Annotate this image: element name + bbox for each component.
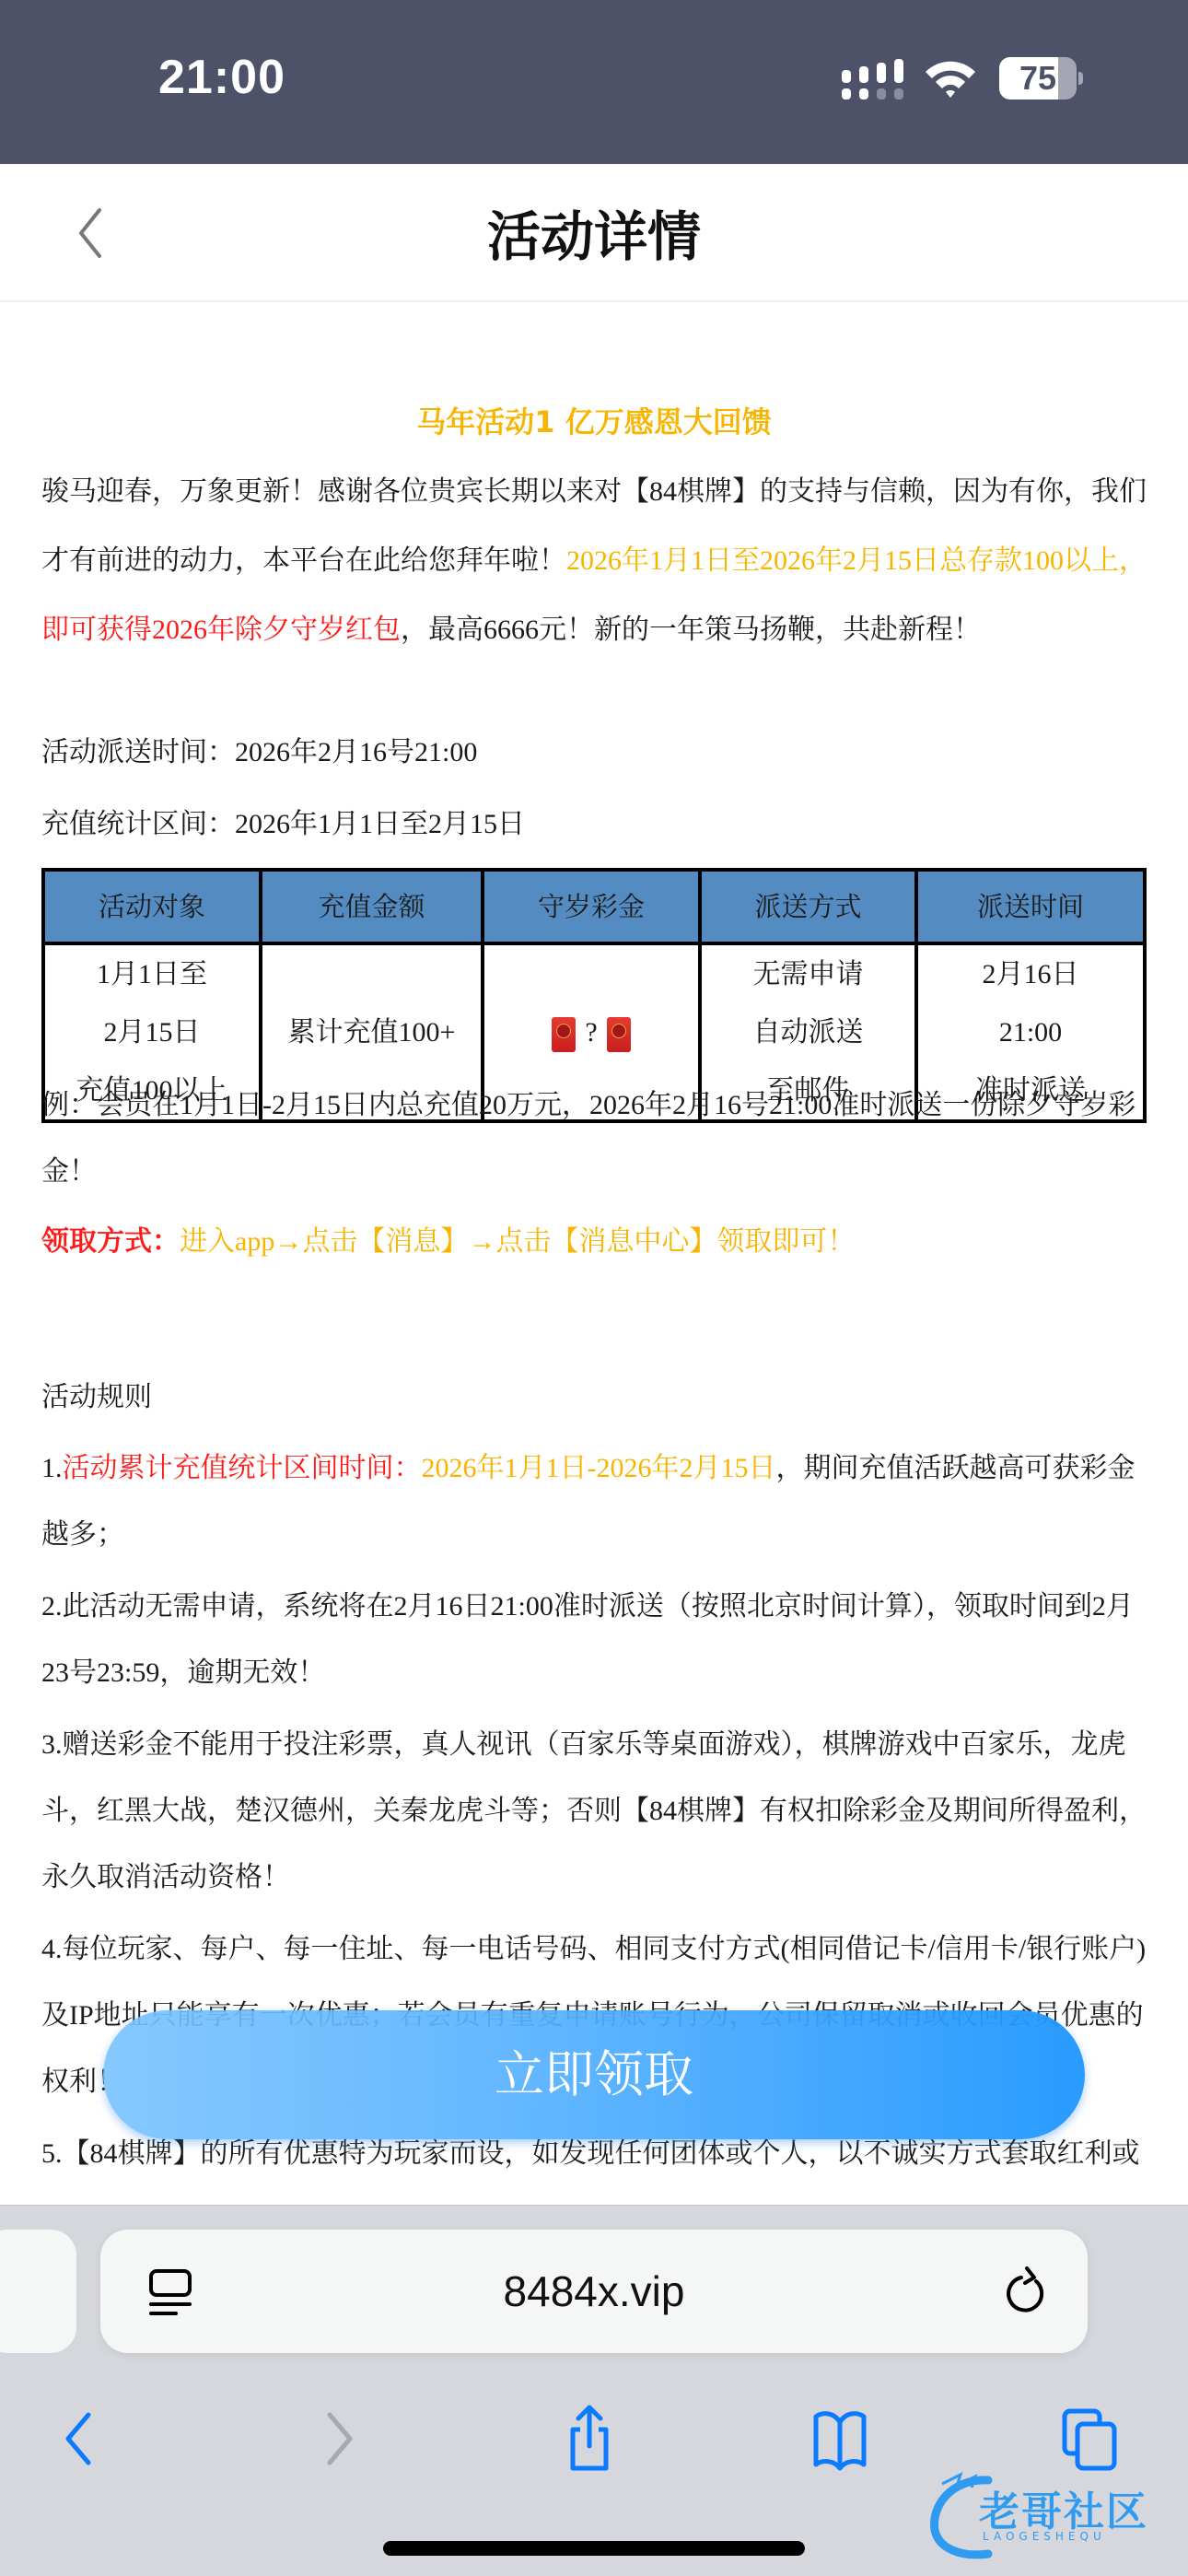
example-text: 例：会员在1月1日-2月15日内总充值20万元，2026年2月16号21:00准… <box>41 1072 1147 1205</box>
watermark-subtext: LAOGESHEQU <box>983 2530 1106 2543</box>
promo-title: 马年活动1 亿万感恩大回馈 <box>41 394 1147 450</box>
watermark-logo: 老哥社区 LAOGESHEQU <box>924 2469 1172 2561</box>
bonus-value: ? <box>585 1017 597 1048</box>
claim-label: 领取方式： <box>41 1226 180 1257</box>
claim-now-button[interactable]: 立即领取 <box>103 2010 1085 2139</box>
intro-deposit-period: 2026年1月1日至2026年2月15日总存款100以上， <box>566 545 1147 576</box>
dispatch-time: 活动派送时间：2026年2月16号21:00 <box>41 719 477 787</box>
reload-icon[interactable] <box>1003 2266 1053 2318</box>
red-envelope-icon <box>552 1017 576 1052</box>
battery-percent: 75 <box>999 59 1077 98</box>
table-header: 活动对象 <box>43 870 261 943</box>
rule-item: 1.活动累计充值统计区间时间：2026年1月1日-2026年2月15日，期间充值… <box>41 1435 1147 1568</box>
rules-title: 活动规则 <box>41 1364 152 1432</box>
rule-item: 3.赠送彩金不能用于投注彩票，真人视讯（百家乐等桌面游戏），棋牌游戏中百家乐，龙… <box>41 1712 1147 1911</box>
previous-tab-peek[interactable] <box>0 2230 76 2353</box>
forward-icon[interactable] <box>308 2404 367 2474</box>
watermark-text: 老哥社区 <box>979 2478 1148 2537</box>
table-header: 守岁彩金 <box>483 870 700 943</box>
home-indicator <box>383 2541 805 2556</box>
table-header: 派送时间 <box>916 870 1145 943</box>
bookmarks-icon[interactable] <box>810 2404 869 2474</box>
status-bar: 21:00 75 <box>0 0 1188 164</box>
page-title: 活动详情 <box>0 193 1188 271</box>
status-time: 21:00 <box>158 50 285 105</box>
battery-icon: 75 <box>999 57 1082 100</box>
intro-reward: 即可获得2026年除夕守岁红包 <box>41 615 401 645</box>
intro-paragraph: 骏马迎春，万象更新！感谢各位贵宾长期以来对【84棋牌】的支持与信赖，因为有你，我… <box>41 457 1147 664</box>
tabs-icon[interactable] <box>1061 2404 1120 2474</box>
claim-text: 进入app→点击【消息】→点击【消息中心】领取即可！ <box>180 1226 855 1257</box>
claim-now-label: 立即领取 <box>103 2010 1085 2139</box>
red-envelope-icon <box>607 1017 631 1052</box>
table-header-row: 活动对象 充值金额 守岁彩金 派送方式 派送时间 <box>43 870 1145 943</box>
table-header: 充值金额 <box>261 870 483 943</box>
table-header: 派送方式 <box>700 870 916 943</box>
rule-item: 2.此活动无需申请，系统将在2月16日21:00准时派送（按照北京时间计算），领… <box>41 1574 1147 1706</box>
recharge-range: 充值统计区间：2026年1月1日至2月15日 <box>41 790 525 859</box>
back-icon[interactable] <box>52 2404 111 2474</box>
claim-method: 领取方式：进入app→点击【消息】→点击【消息中心】领取即可！ <box>41 1208 1147 1276</box>
signal-icon <box>842 59 906 103</box>
share-icon[interactable] <box>560 2404 619 2474</box>
url-text: 8484x.vip <box>100 2230 1088 2353</box>
wifi-icon <box>924 57 977 100</box>
nav-header: 活动详情 <box>0 164 1188 302</box>
intro-closing: ，最高6666元！新的一年策马扬鞭，共赴新程！ <box>401 615 981 645</box>
address-bar[interactable]: 8484x.vip <box>100 2230 1088 2353</box>
